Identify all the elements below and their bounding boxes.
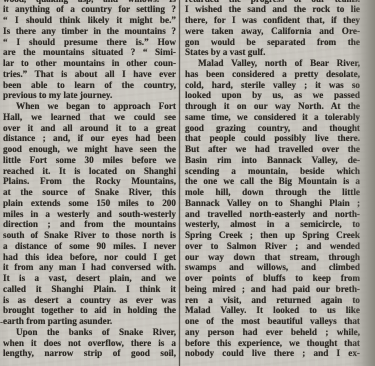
text-line: swamps and willows, and climbed [185, 262, 360, 273]
text-line: nobody could live there ; and I ex- [185, 348, 360, 359]
text-line: a distance of some 90 miles. I never [3, 241, 176, 252]
text-line: plain extends some 150 miles to 200 [3, 198, 176, 209]
text-line: westerly, almost in a semicircle, to [185, 219, 360, 230]
text-line: called it Shanghi Plain. I think it [3, 284, 176, 295]
text-line: lar to other mountains in other coun- [3, 58, 176, 69]
text-line: were taken away, California and Ore- [185, 26, 360, 37]
text-line: But after we had travelled over the [185, 144, 360, 155]
text-line: ren a visit, and returned again to [185, 295, 360, 306]
text-line: our way down that stream, through [185, 252, 360, 263]
text-line: brought together to aid in holding the [3, 305, 176, 316]
text-line: and travelled north-easterly and north- [185, 209, 360, 220]
text-line: there, for I was confident that, if they [185, 15, 360, 26]
text-line: it from any man I had conversed with. [3, 262, 176, 273]
text-line: Upon the banks of Snake River, [3, 327, 176, 338]
text-line: It is a vast, desert plain, and we [3, 273, 176, 284]
text-line: the one we call the Big Mountain is a [185, 176, 360, 187]
text-line: good grazing country, and thought [185, 123, 360, 134]
text-line: mole hill, down through the little [185, 187, 360, 198]
text-column-left: wood, quaking asp, and willows. Isit any… [3, 0, 176, 366]
text-line: been able to learn of the country, [3, 80, 176, 91]
text-line: little Fort some 30 miles before we [3, 155, 176, 166]
text-line: over it and all around it to a great [3, 123, 176, 134]
text-line: through it on our way North. At the [185, 101, 360, 112]
text-line: had this idea before, nor could I get [3, 252, 176, 263]
text-line: that people could possibly live there. [185, 133, 360, 144]
text-line: Plains. From the Rocky Mountains, [3, 176, 176, 187]
text-line: scending a mountain, beside which [185, 166, 360, 177]
text-column-right: retarded the progress of our teams.I wis… [185, 0, 360, 366]
text-line: Hall, we learned that we could see [3, 112, 176, 123]
text-line: When we began to approach Fort [3, 101, 176, 112]
text-line: has been considered a pretty desolate, [185, 69, 360, 80]
text-column-left-content: wood, quaking asp, and willows. Isit any… [3, 0, 176, 359]
text-line: one of the most beautiful valleys that [185, 316, 360, 327]
text-line: gon would be separated from the [185, 37, 360, 48]
text-line: good enough, we might have seen the [3, 144, 176, 155]
text-line: earth from parting asunder. [3, 316, 176, 327]
text-column-right-content: retarded the progress of our teams.I wis… [185, 0, 360, 359]
text-line: over points of bluffs to keep from [185, 273, 360, 284]
text-line: Malad Valley, north of Bear River, [185, 58, 360, 69]
text-line: tries.” That is about all I have ever [3, 69, 176, 80]
text-line: direction ; and from the mountains [3, 219, 176, 230]
text-line: Malad Valley. It looked to us like [185, 305, 360, 316]
margin-mark: - [0, 317, 3, 327]
text-line: Bannack Valley on to Shanghi Plain ; [185, 198, 360, 209]
text-line: “ I should think likely it might be.” [3, 15, 176, 26]
text-line: at the source of Snake River, this [3, 187, 176, 198]
text-line: Is there any timber in the mountains ? [3, 26, 176, 37]
text-line: it anything of a country for settling ? [3, 4, 176, 15]
text-line: when it does not overflow, there is a [3, 338, 176, 349]
text-line: States by a vast gulf. [185, 47, 360, 58]
text-line: being mired ; and had paid our breth- [185, 284, 360, 295]
text-line: previous to my late journey. [3, 90, 176, 101]
text-line: any person had ever beheld ; while, [185, 327, 360, 338]
text-line: “ I should presume there is.” How [3, 37, 176, 48]
text-line: is as desert a country as ever was [3, 295, 176, 306]
text-line: over to Salmon River ; and wended [185, 241, 360, 252]
text-line: reached it. It is located on Shanghi [3, 166, 176, 177]
text-line: are the mountains situated ? “ Simi- [3, 47, 176, 58]
text-line: I wished the sand and the rock to lie [185, 4, 360, 15]
text-line: Spring Creek ; then up Spring Creek [185, 230, 360, 241]
text-line: miles in a westerly and south-westerly [3, 209, 176, 220]
text-line: cold, hard, sterile valley ; it was so [185, 80, 360, 91]
text-line: before this experience, we thought that [185, 338, 360, 349]
text-line: south of Snake River to those north is [3, 230, 176, 241]
column-rule [179, 0, 180, 366]
text-line: lengthy, narrow strip of good soil, [3, 348, 176, 359]
text-line: distance ; and, if our eyes had been [3, 133, 176, 144]
text-line: same time, we considered it a tolerably [185, 112, 360, 123]
text-line: Basin rim into Bannack Valley, de- [185, 155, 360, 166]
text-line: looked upon by us, as we passed [185, 90, 360, 101]
